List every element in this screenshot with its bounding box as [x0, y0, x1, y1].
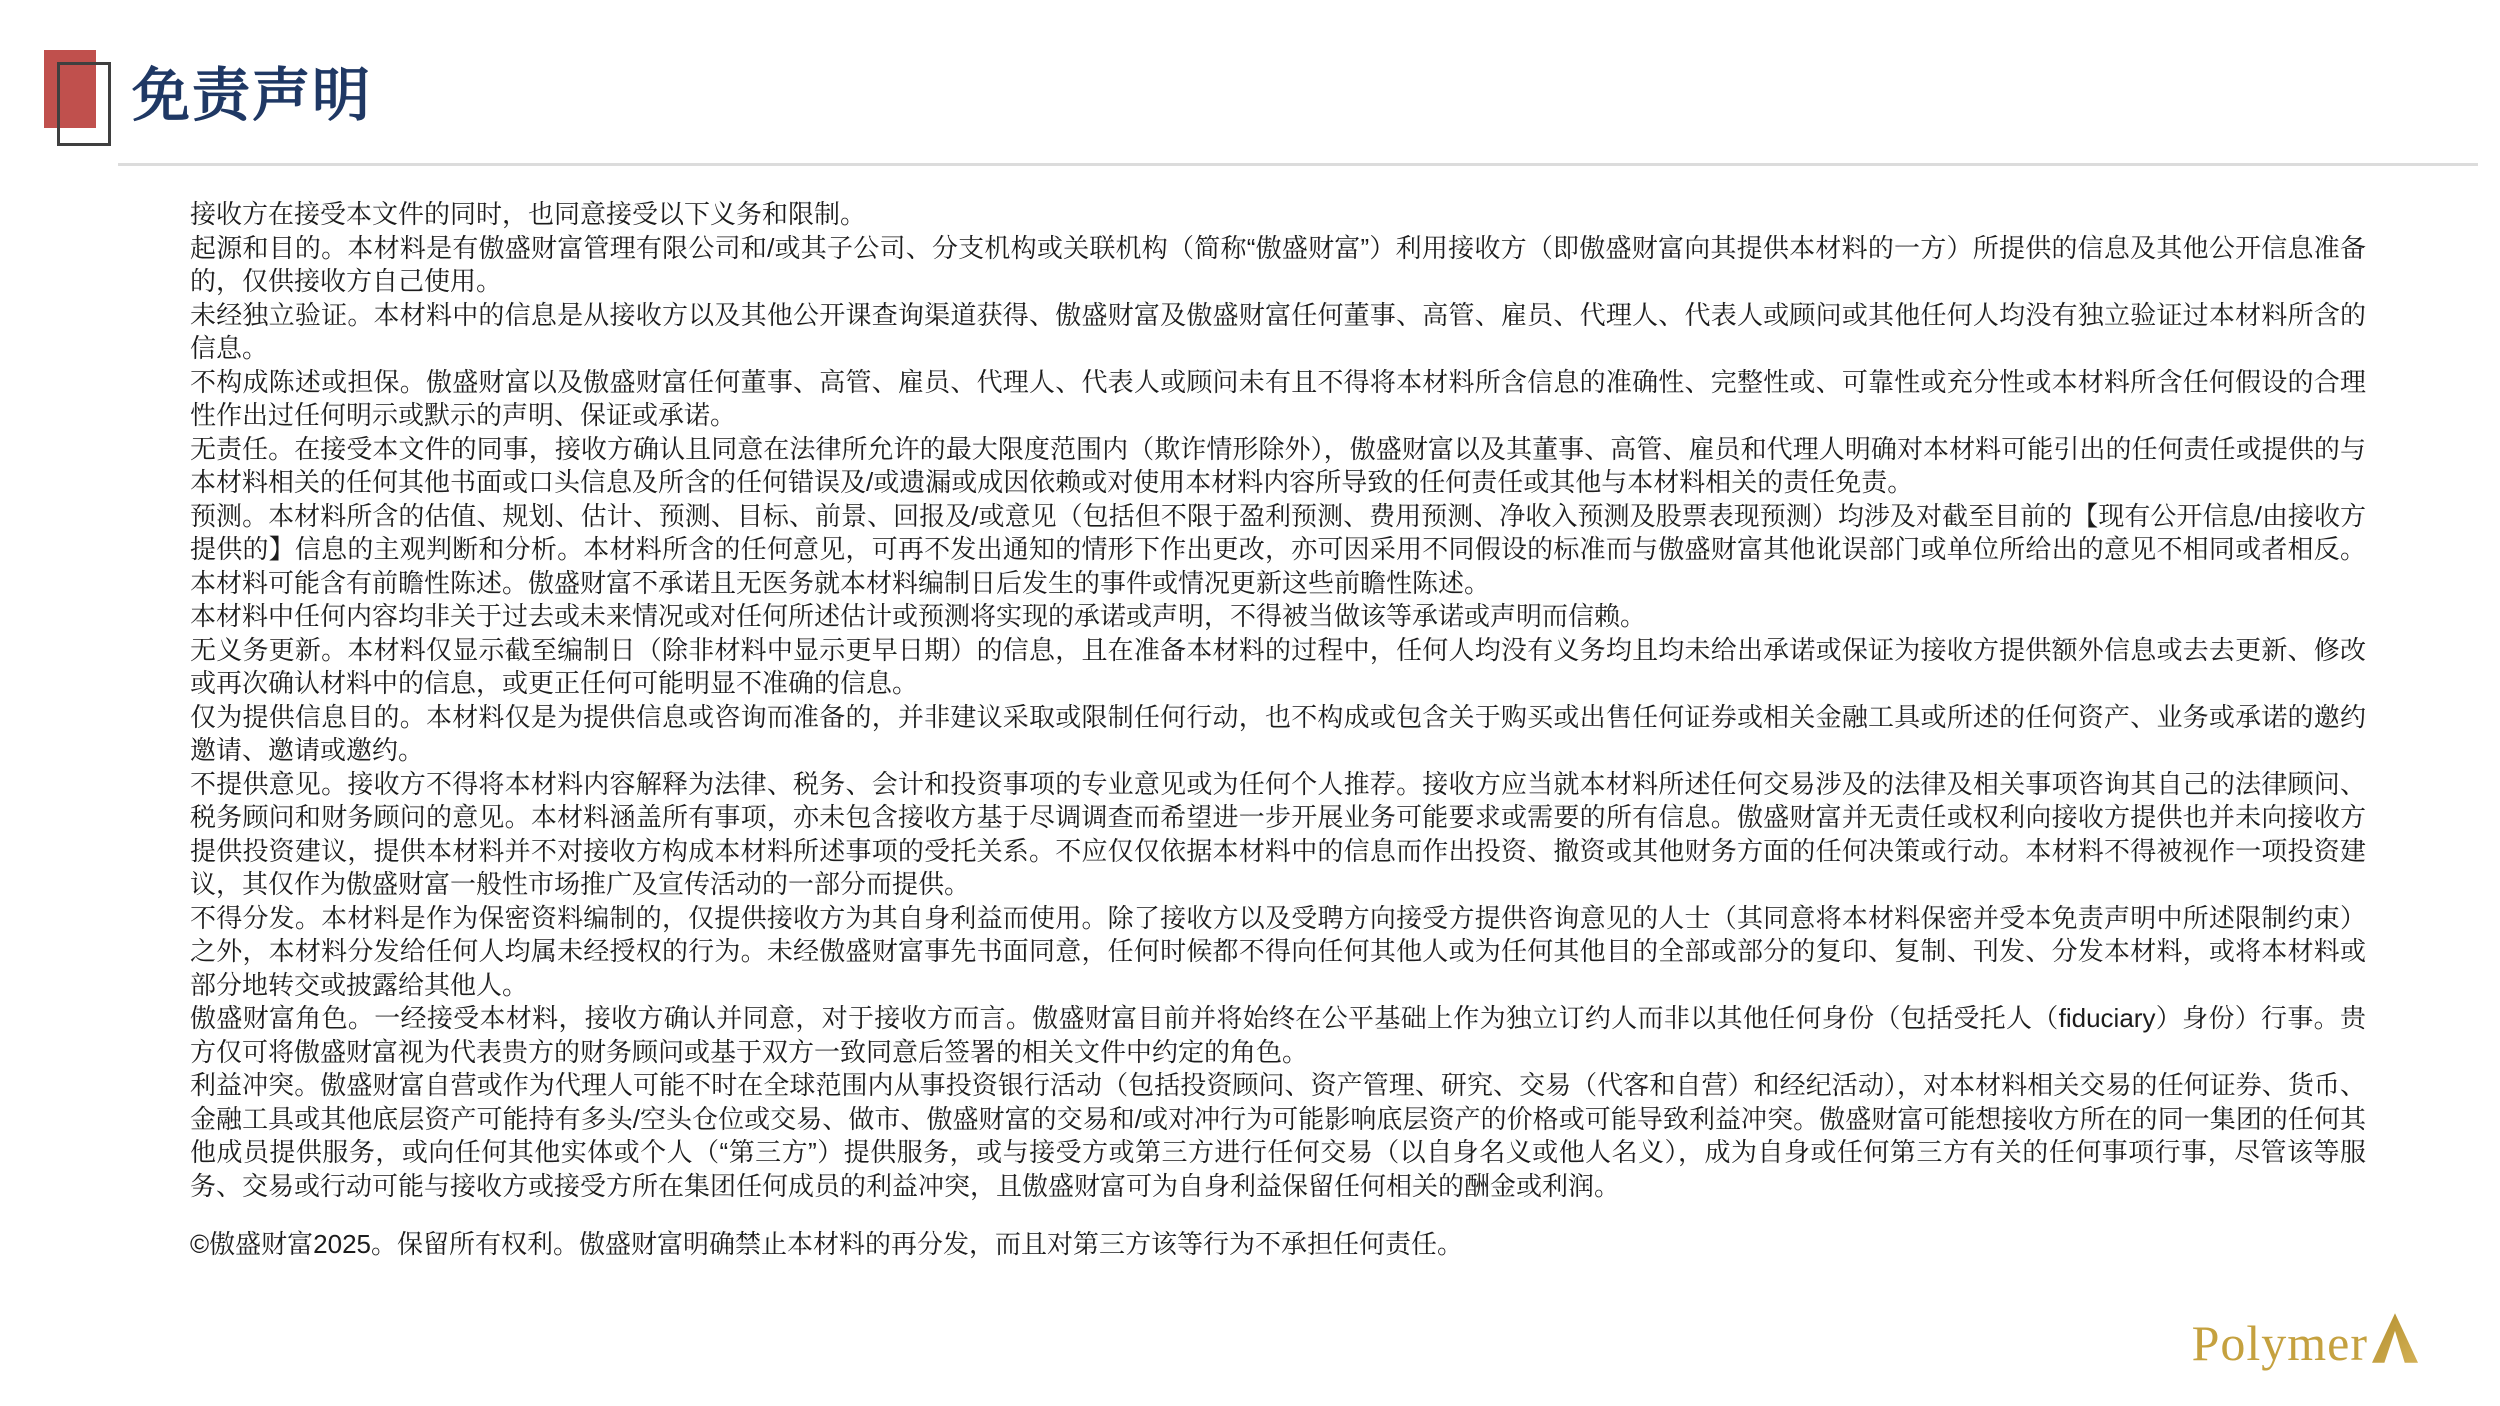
copyright-line: ©傲盛财富2025。保留所有权利。傲盛财富明确禁止本材料的再分发，而且对第三方该…	[190, 1228, 2366, 1262]
polymer-triangle-icon	[2372, 1312, 2418, 1372]
disclaimer-paragraph: 未经独立验证。本材料中的信息是从接收方以及其他公开课查询渠道获得、傲盛财富及傲盛…	[190, 299, 2366, 366]
disclaimer-paragraph: 利益冲突。傲盛财富自营或作为代理人可能不时在全球范围内从事投资银行活动（包括投资…	[190, 1069, 2366, 1203]
disclaimer-slide: 免责声明 接收方在接受本文件的同时，也同意接受以下义务和限制。起源和目的。本材料…	[0, 0, 2500, 1406]
disclaimer-paragraph: 不构成陈述或担保。傲盛财富以及傲盛财富任何董事、高管、雇员、代理人、代表人或顾问…	[190, 366, 2366, 433]
slide-header: 免责声明	[0, 0, 2500, 180]
header-divider	[118, 163, 2478, 166]
disclaimer-paragraph: 不提供意见。接收方不得将本材料内容解释为法律、税务、会计和投资事项的专业意见或为…	[190, 768, 2366, 902]
disclaimer-paragraph: 无责任。在接受本文件的同事，接收方确认且同意在法律所允许的最大限度范围内（欺诈情…	[190, 433, 2366, 500]
header-accent-icon	[44, 50, 124, 146]
disclaimer-paragraph: 无义务更新。本材料仅显示截至编制日（除非材料中显示更早日期）的信息，且在准备本材…	[190, 634, 2366, 701]
disclaimer-paragraph: 傲盛财富角色。一经接受本材料，接收方确认并同意，对于接收方而言。傲盛财富目前并将…	[190, 1002, 2366, 1069]
polymer-logo: Polymer	[2192, 1308, 2418, 1368]
polymer-logo-text: Polymer	[2192, 1318, 2368, 1368]
disclaimer-paragraph: 本材料中任何内容均非关于过去或未来情况或对任何所述估计或预测将实现的承诺或声明，…	[190, 600, 2366, 634]
disclaimer-paragraph: 仅为提供信息目的。本材料仅是为提供信息或咨询而准备的，并非建议采取或限制任何行动…	[190, 701, 2366, 768]
disclaimer-paragraph: 预测。本材料所含的估值、规划、估计、预测、目标、前景、回报及/或意见（包括但不限…	[190, 500, 2366, 601]
disclaimer-paragraph: 接收方在接受本文件的同时，也同意接受以下义务和限制。	[190, 198, 2366, 232]
disclaimer-body: 接收方在接受本文件的同时，也同意接受以下义务和限制。起源和目的。本材料是有傲盛财…	[190, 198, 2366, 1203]
page-title: 免责声明	[132, 48, 372, 132]
outline-square-icon	[57, 62, 111, 146]
disclaimer-paragraph: 不得分发。本材料是作为保密资料编制的，仅提供接收方为其自身利益而使用。除了接收方…	[190, 902, 2366, 1003]
disclaimer-paragraph: 起源和目的。本材料是有傲盛财富管理有限公司和/或其子公司、分支机构或关联机构（简…	[190, 232, 2366, 299]
